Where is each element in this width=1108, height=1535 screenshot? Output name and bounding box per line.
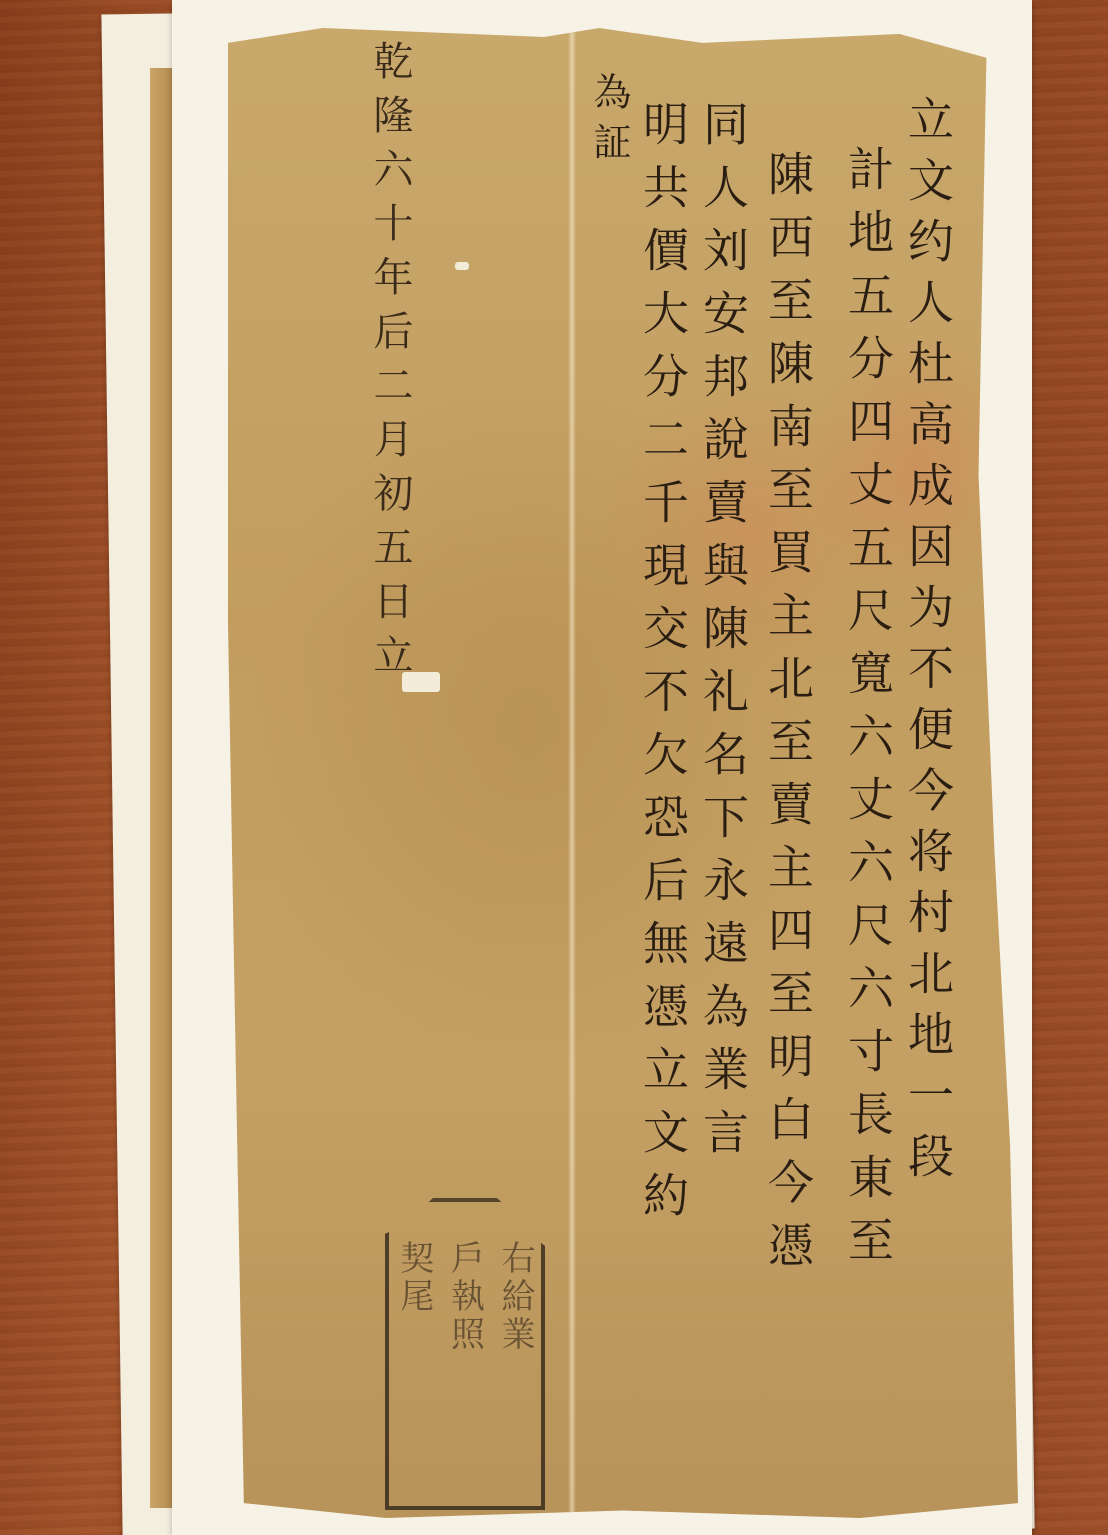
center-fold-crease: [568, 28, 576, 1518]
date-line: 乾隆六十年后二月初五日立: [370, 40, 410, 688]
seal-column: 契尾: [390, 1240, 439, 1506]
seal-column: 右給業: [491, 1240, 540, 1506]
contract-column-5: 明共價大分二千現交不欠恐后無憑立文約: [640, 100, 686, 1234]
contract-column-6: 為証: [590, 72, 628, 172]
seal-column: 戶執照: [440, 1240, 489, 1506]
contract-column-1: 立文约人杜高成因为不便今将村北地一段: [905, 95, 951, 1193]
contract-column-2: 計地五分四丈五尺寬六丈六尺六寸長東至: [845, 145, 891, 1279]
paper-hole: [455, 262, 469, 270]
underlying-document-edge: [150, 68, 174, 1508]
contract-column-3: 陳西至陳南至買主北至賣主四至明白今憑: [765, 150, 811, 1284]
official-stamp-seal: 右給業 戶執照 契尾: [385, 1210, 545, 1510]
contract-document: [228, 28, 1018, 1518]
contract-column-4: 同人刘安邦說賣與陳礼名下永遠為業言: [700, 100, 746, 1171]
paper-hole: [402, 672, 440, 692]
